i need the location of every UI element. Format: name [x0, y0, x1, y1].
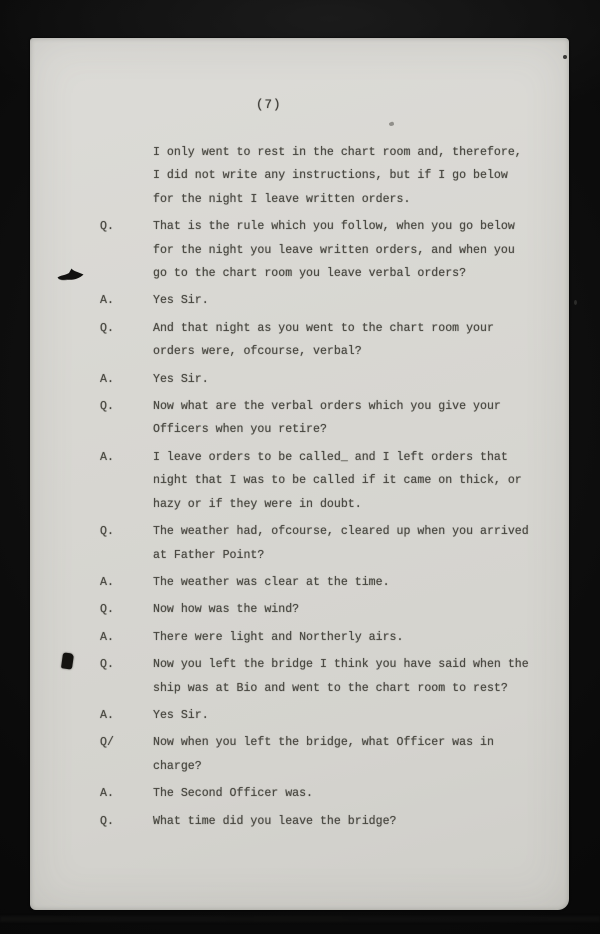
speaker-label: A. — [100, 782, 153, 805]
qa-entry: Q.What time did you leave the bridge? — [100, 810, 551, 833]
speaker-label: A. — [100, 626, 153, 649]
text-line: Yes Sir. — [153, 704, 551, 727]
text-line: And that night as you went to the chart … — [153, 317, 551, 340]
qa-entry: A.The weather was clear at the time. — [100, 571, 551, 594]
qa-entry: Q/Now when you left the bridge, what Off… — [100, 731, 551, 778]
entry-lines: I leave orders to be called_ and I left … — [153, 446, 551, 516]
text-line: Yes Sir. — [153, 368, 551, 391]
qa-entry: Q.Now you left the bridge I think you ha… — [100, 653, 551, 700]
speaker-label: Q. — [100, 520, 153, 543]
qa-entry: A.Yes Sir. — [100, 704, 551, 727]
qa-entry: A.I leave orders to be called_ and I lef… — [100, 446, 551, 516]
entry-lines: There were light and Northerly airs. — [153, 626, 551, 649]
text-line: for the night I leave written orders. — [153, 188, 551, 211]
text-line: Now when you left the bridge, what Offic… — [153, 731, 551, 754]
speaker-label: A. — [100, 446, 153, 469]
scanned-document-view: { "document": { "page_number": "(7)", "e… — [0, 0, 600, 934]
text-line: Officers when you retire? — [153, 418, 551, 441]
entry-lines: Now what are the verbal orders which you… — [153, 395, 551, 442]
entry-lines: That is the rule which you follow, when … — [153, 215, 551, 285]
speaker-label: Q. — [100, 810, 153, 833]
text-line: Yes Sir. — [153, 289, 551, 312]
text-line: That is the rule which you follow, when … — [153, 215, 551, 238]
speaker-label: Q. — [100, 598, 153, 621]
text-line: The Second Officer was. — [153, 782, 551, 805]
speaker-label: A. — [100, 704, 153, 727]
text-line: Now you left the bridge I think you have… — [153, 653, 551, 676]
text-line: go to the chart room you leave verbal or… — [153, 262, 551, 285]
entry-lines: Yes Sir. — [153, 704, 551, 727]
qa-entry: Q.Now how was the wind? — [100, 598, 551, 621]
transcript-body: I only went to rest in the chart room an… — [100, 141, 551, 837]
entry-lines: I only went to rest in the chart room an… — [153, 141, 551, 211]
entry-lines: And that night as you went to the chart … — [153, 317, 551, 364]
qa-entry: A.Yes Sir. — [100, 289, 551, 312]
speaker-label: A. — [100, 571, 153, 594]
qa-entry: A.There were light and Northerly airs. — [100, 626, 551, 649]
paper-speck-icon — [388, 121, 394, 126]
text-line: for the night you leave written orders, … — [153, 239, 551, 262]
text-line: charge? — [153, 755, 551, 778]
speaker-label: Q. — [100, 395, 153, 418]
entry-lines: Yes Sir. — [153, 368, 551, 391]
dust-speck-icon — [574, 300, 577, 305]
speaker-label: Q/ — [100, 731, 153, 754]
text-line: I leave orders to be called_ and I left … — [153, 446, 551, 469]
text-line: Now what are the verbal orders which you… — [153, 395, 551, 418]
speaker-label: A. — [100, 368, 153, 391]
speaker-label: Q. — [100, 215, 153, 238]
entry-lines: Now you left the bridge I think you have… — [153, 653, 551, 700]
qa-entry: A.Yes Sir. — [100, 368, 551, 391]
speaker-label: Q. — [100, 317, 153, 340]
speaker-label: A. — [100, 289, 153, 312]
text-line: ship was at Bio and went to the chart ro… — [153, 677, 551, 700]
text-line: hazy or if they were in doubt. — [153, 493, 551, 516]
text-line: What time did you leave the bridge? — [153, 810, 551, 833]
text-line: There were light and Northerly airs. — [153, 626, 551, 649]
text-line: The weather had, ofcourse, cleared up wh… — [153, 520, 551, 543]
qa-entry: I only went to rest in the chart room an… — [100, 141, 551, 211]
speaker-label: Q. — [100, 653, 153, 676]
dust-speck-icon — [563, 55, 567, 59]
qa-entry: Q.The weather had, ofcourse, cleared up … — [100, 520, 551, 567]
qa-entry: Q.And that night as you went to the char… — [100, 317, 551, 364]
text-line: I only went to rest in the chart room an… — [153, 141, 551, 164]
entry-lines: The weather had, ofcourse, cleared up wh… — [153, 520, 551, 567]
text-line: The weather was clear at the time. — [153, 571, 551, 594]
text-line: Now how was the wind? — [153, 598, 551, 621]
entry-lines: What time did you leave the bridge? — [153, 810, 551, 833]
ink-smudge-arrow-icon — [56, 264, 86, 286]
ink-smudge-dot-icon — [61, 652, 74, 669]
entry-lines: The Second Officer was. — [153, 782, 551, 805]
text-line: night that I was to be called if it came… — [153, 469, 551, 492]
qa-entry: A.The Second Officer was. — [100, 782, 551, 805]
document-page: (7) I only went to rest in the chart roo… — [30, 38, 569, 910]
text-line: orders were, ofcourse, verbal? — [153, 340, 551, 363]
entry-lines: The weather was clear at the time. — [153, 571, 551, 594]
entry-lines: Now how was the wind? — [153, 598, 551, 621]
scan-artifact-band — [0, 916, 600, 922]
text-line: at Father Point? — [153, 544, 551, 567]
qa-entry: Q.That is the rule which you follow, whe… — [100, 215, 551, 285]
qa-entry: Q.Now what are the verbal orders which y… — [100, 395, 551, 442]
text-line: I did not write any instructions, but if… — [153, 164, 551, 187]
entry-lines: Now when you left the bridge, what Offic… — [153, 731, 551, 778]
page-number: (7) — [256, 98, 282, 112]
entry-lines: Yes Sir. — [153, 289, 551, 312]
